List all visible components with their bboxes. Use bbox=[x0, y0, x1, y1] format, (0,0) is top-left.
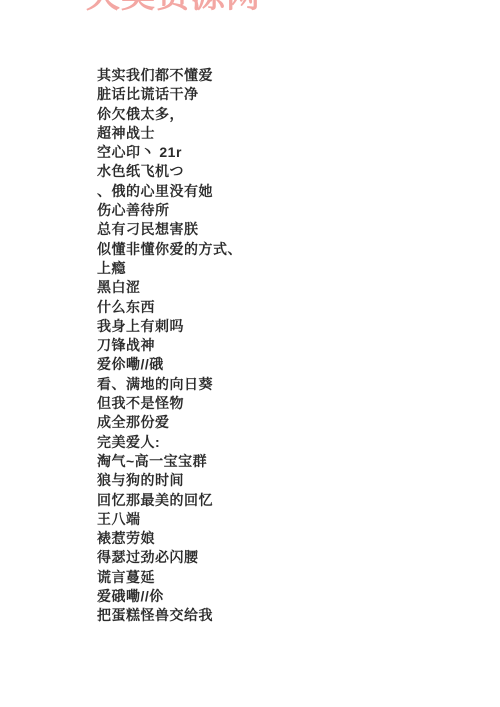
nickname-item: 脏话比谎话干净 bbox=[97, 85, 242, 104]
nickname-item: 总有刁民想害朕 bbox=[97, 220, 242, 239]
nickname-item: 似懂非懂你爱的方式、 bbox=[97, 240, 242, 259]
nickname-item: 看、满地的向日葵 bbox=[97, 375, 242, 394]
nickname-item: 裱惹劳娘 bbox=[97, 529, 242, 548]
document-page: 天美资源网 其实我们都不懂爱脏话比谎话干净伱欠俄太多，超神战士空心印丶 21r水… bbox=[0, 0, 500, 707]
nickname-item: 、俄的心里没有她 bbox=[97, 182, 242, 201]
nickname-item: 完美爱人: bbox=[97, 433, 242, 452]
site-watermark: 天美资源网 bbox=[86, 0, 261, 13]
nickname-item: 什么东西 bbox=[97, 298, 242, 317]
nickname-item: 成全那份爱 bbox=[97, 413, 242, 432]
nickname-item: 狼与狗的时间 bbox=[97, 471, 242, 490]
nickname-list: 其实我们都不懂爱脏话比谎话干净伱欠俄太多，超神战士空心印丶 21r水色纸飞机つ、… bbox=[97, 66, 242, 626]
nickname-item: 回忆那最美的回忆 bbox=[97, 491, 242, 510]
nickname-item: 伱欠俄太多， bbox=[97, 105, 242, 124]
nickname-item: 黑白涩 bbox=[97, 278, 242, 297]
nickname-item: 谎言蔓延 bbox=[97, 568, 242, 587]
nickname-item: 爱伱嘞//硪 bbox=[97, 355, 242, 374]
nickname-item: 淘气~高一宝宝群 bbox=[97, 452, 242, 471]
nickname-item: 得瑟过劲必闪腰 bbox=[97, 548, 242, 567]
nickname-item: 刀锋战神 bbox=[97, 336, 242, 355]
nickname-item: 其实我们都不懂爱 bbox=[97, 66, 242, 85]
nickname-item: 但我不是怪物 bbox=[97, 394, 242, 413]
nickname-item: 把蛋糕怪兽交给我 bbox=[97, 606, 242, 625]
nickname-item: 伤心善待所 bbox=[97, 201, 242, 220]
nickname-item: 上瘾 bbox=[97, 259, 242, 278]
nickname-item: 王八端 bbox=[97, 510, 242, 529]
nickname-item: 空心印丶 21r bbox=[97, 143, 242, 162]
nickname-item: 超神战士 bbox=[97, 124, 242, 143]
nickname-item: 爱硪嘞//伱 bbox=[97, 587, 242, 606]
nickname-item: 水色纸飞机つ bbox=[97, 162, 242, 181]
nickname-item: 我身上有刺吗 bbox=[97, 317, 242, 336]
